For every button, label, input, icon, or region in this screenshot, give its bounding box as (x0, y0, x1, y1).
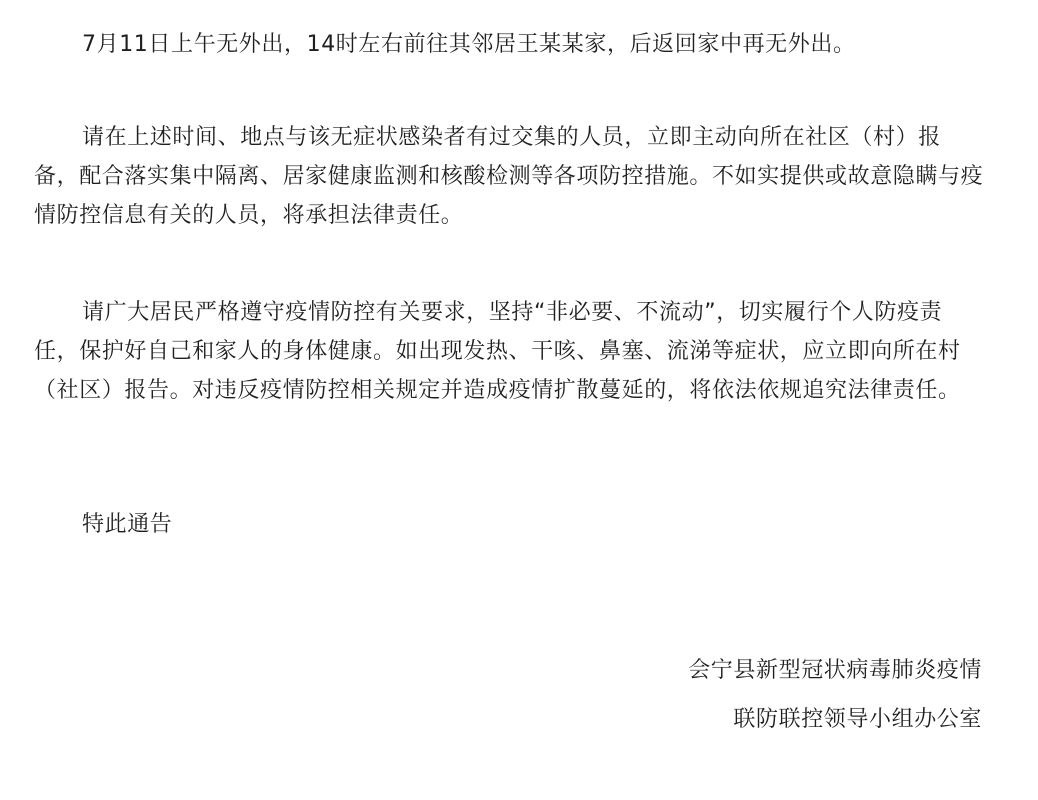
paragraph-contact-reporting: 请在上述时间、地点与该无症状感染者有过交集的人员，立即主动向所在社区（村）报备，… (34, 118, 984, 235)
signature-organization-line2: 联防联控领导小组办公室 (733, 705, 982, 735)
paragraph-closing: 特此通告 (34, 505, 984, 544)
paragraph-travel-record: 7月11日上午无外出，14时左右前往其邻居王某某家，后返回家中再无外出。 (34, 25, 984, 64)
signature-organization-line1: 会宁县新型冠状病毒肺炎疫情 (688, 656, 982, 686)
paragraph-resident-requirements: 请广大居民严格遵守疫情防控有关要求，坚持“非必要、不流动”，切实履行个人防疫责任… (34, 293, 984, 410)
